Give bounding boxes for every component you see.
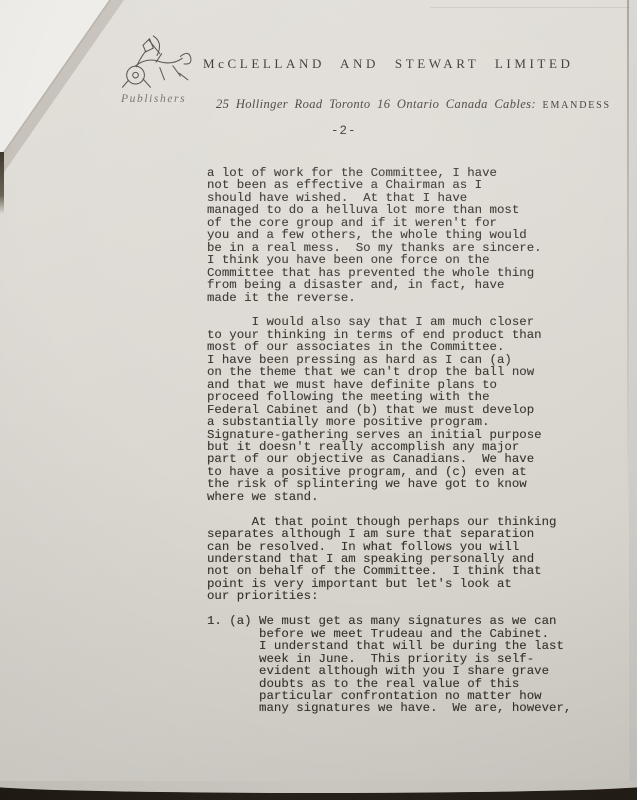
company-name: McCLELLAND AND STEWART LIMITED bbox=[203, 56, 583, 72]
publishers-label: Publishers bbox=[121, 93, 186, 105]
cable-name: EMANDESS bbox=[543, 100, 611, 111]
street-address: 25 Hollinger Road Toronto 16 Ontario Can… bbox=[216, 97, 536, 111]
background-gap-left bbox=[0, 152, 4, 214]
address-line: 25 Hollinger Road Toronto 16 Ontario Can… bbox=[216, 97, 611, 112]
folded-page-corner bbox=[0, 0, 128, 182]
paper-right-edge bbox=[627, 0, 629, 520]
paragraph-1: a lot of work for the Committee, I have … bbox=[207, 167, 617, 304]
page-number: -2- bbox=[331, 124, 357, 138]
paragraph-3: At that point though perhaps our thinkin… bbox=[207, 516, 617, 603]
letter-photo: McCLELLAND AND STEWART LIMITED Publisher… bbox=[0, 0, 637, 800]
horse-and-rider-logo bbox=[115, 30, 199, 96]
list-item-1: 1. (a) We must get as many signatures as… bbox=[207, 615, 617, 715]
paper-top-edge bbox=[430, 7, 630, 8]
paragraph-2: I would also say that I am much closer t… bbox=[207, 316, 617, 503]
backing-sheet-right bbox=[629, 0, 637, 800]
letter-body: a lot of work for the Committee, I have … bbox=[207, 167, 617, 727]
